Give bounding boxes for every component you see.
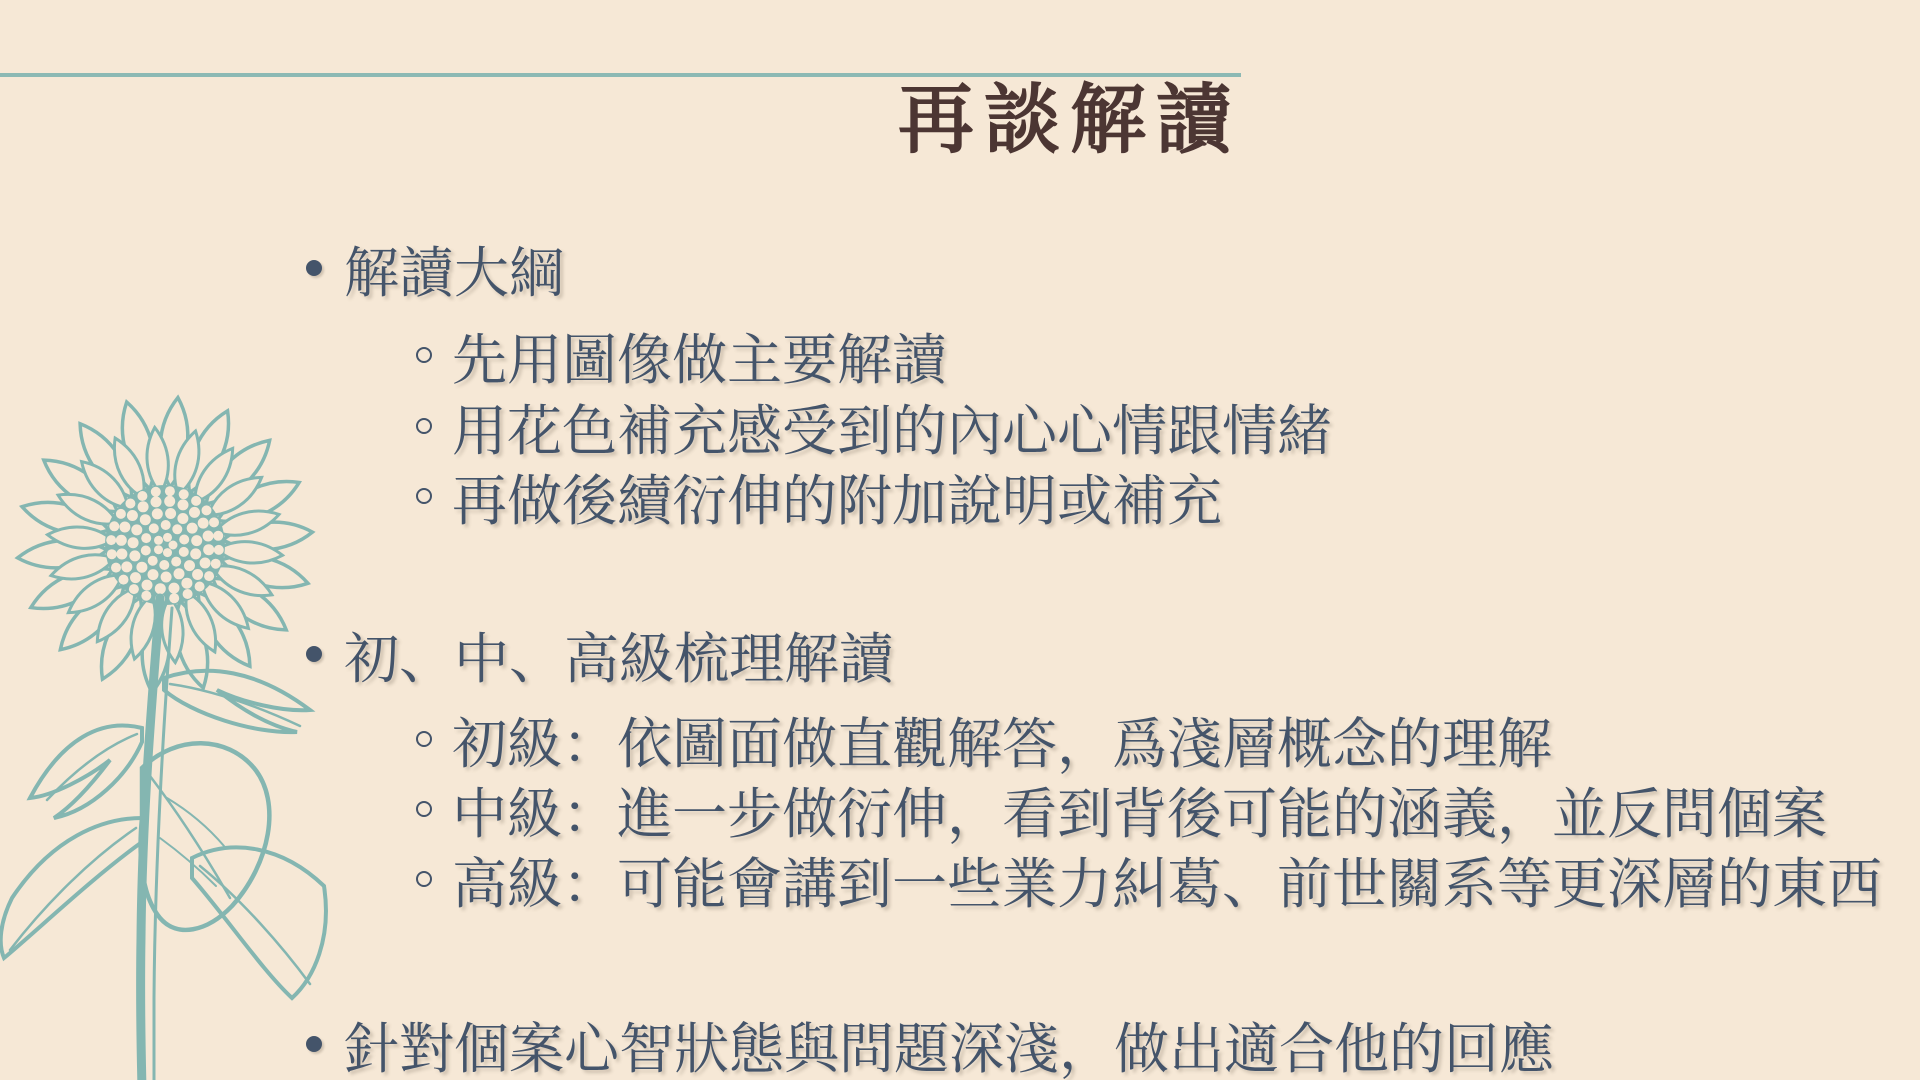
bullet-text: 再做後續衍伸的附加說明或補充 xyxy=(452,457,1222,536)
bullet-dot-icon xyxy=(306,1036,322,1052)
bullet-circle-icon xyxy=(416,418,432,434)
bullet-text: 高級：可能會講到一些業力糾葛、前世關系等更深層的東西 xyxy=(452,840,1882,919)
bullet-line: 針對個案心智狀態與問題深淺，做出適合他的回應 xyxy=(306,1006,1554,1080)
bullet-line: 用花色補充感受到的內心心情跟情緒 xyxy=(416,388,1332,464)
bullet-dot-icon xyxy=(306,260,322,276)
bullet-line: 初、中、高級梳理解讀 xyxy=(306,616,894,692)
bullet-circle-icon xyxy=(416,871,432,887)
bullet-text: 初、中、高級梳理解讀 xyxy=(344,615,894,694)
bullet-line: 高級：可能會講到一些業力糾葛、前世關系等更深層的東西 xyxy=(416,841,1882,917)
bullet-line: 解讀大綱 xyxy=(306,230,564,306)
sunflower-icon xyxy=(0,298,337,1080)
bullet-circle-icon xyxy=(416,731,432,747)
presentation-slide: 再談解讀 解讀大綱 先用圖像做主要解讀 用花色補充感受到的內心心情跟情緒 再做後… xyxy=(0,0,1920,1080)
bullet-text: 中級：進一步做衍伸，看到背後可能的涵義，並反問個案 xyxy=(452,770,1827,849)
bullet-line: 再做後續衍伸的附加說明或補充 xyxy=(416,458,1222,534)
bullet-circle-icon xyxy=(416,801,432,817)
bullet-dot-icon xyxy=(306,646,322,662)
bullet-text: 先用圖像做主要解讀 xyxy=(452,316,947,395)
bullet-line: 初級：依圖面做直觀解答，爲淺層概念的理解 xyxy=(416,701,1552,777)
bullet-line: 先用圖像做主要解讀 xyxy=(416,317,947,393)
bullet-text: 用花色補充感受到的內心心情跟情緒 xyxy=(452,387,1332,466)
bullet-text: 初級：依圖面做直觀解答，爲淺層概念的理解 xyxy=(452,700,1552,779)
slide-title: 再談解讀 xyxy=(640,78,1500,162)
bullet-text: 解讀大綱 xyxy=(344,229,564,308)
bullet-line: 中級：進一步做衍伸，看到背後可能的涵義，並反問個案 xyxy=(416,771,1827,847)
bullet-circle-icon xyxy=(416,347,432,363)
bullet-circle-icon xyxy=(416,488,432,504)
bullet-text: 針對個案心智狀態與問題深淺，做出適合他的回應 xyxy=(344,1005,1554,1080)
